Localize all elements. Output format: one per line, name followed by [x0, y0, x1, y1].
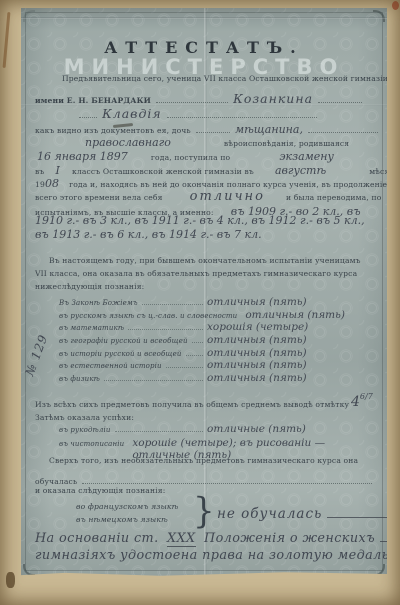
verdict-line-2: гимназіяхъ удостоена права на золотую ме…: [35, 548, 387, 563]
subject-grade: отличныя (пять): [207, 347, 375, 359]
language-label-german: въ нѣмецкомъ языкѣ: [76, 515, 168, 524]
effort-label: въ рукодѣліи: [59, 426, 111, 434]
subject-row: въ физикѣ отличныя (пять): [59, 372, 375, 385]
subject-label: въ русскомъ языкѣ съ ц.-слав. и словесно…: [59, 312, 237, 320]
frame-corner-ornament: [373, 10, 385, 22]
optional-line-3: и оказала слѣдующія познанія:: [35, 486, 165, 495]
effort-label: въ чистописаніи: [59, 440, 124, 448]
handwritten-dash: [380, 532, 387, 542]
subject-grade: отличныя (пять): [207, 334, 375, 346]
effort-grade: отличные (пять): [207, 423, 375, 435]
subject-label: въ физикѣ: [59, 375, 100, 383]
bottom-stain: [6, 572, 15, 588]
efforts-heading: Затѣмъ оказала успѣхи:: [35, 413, 134, 422]
average-whole: 4: [351, 394, 360, 410]
dotted-leader: [79, 109, 97, 118]
language-result: не обучалась: [217, 503, 387, 522]
verdict-line-1: На основаніи ст. XXX Положенія о женских…: [35, 531, 387, 546]
dotted-leader: [186, 348, 203, 356]
effort-row: въ чистописаніи хорошіе (четыре); въ рис…: [59, 437, 375, 451]
subject-grade: отличныя (пять): [245, 309, 375, 321]
dotted-leader: [166, 360, 203, 368]
intro-line-1: Предъявительница сего, ученица VII класс…: [62, 74, 387, 83]
subject-grade: отличныя (пять): [207, 372, 375, 384]
dotted-leader: [318, 94, 362, 103]
subject-row: въ географіи русской и всеобщей отличныя…: [59, 334, 375, 347]
dotted-leader: [104, 373, 203, 381]
frame-corner-ornament: [373, 564, 385, 576]
exam-paragraph-line: VII класса, она оказала въ обязательныхъ…: [35, 269, 357, 278]
subject-label: въ географіи русской и всеобщей: [59, 337, 188, 345]
handwritten-run: На основаніи ст.: [35, 531, 159, 546]
dotted-leader: [82, 475, 372, 484]
certificate-sheet: МИНИСТЕРСТВО АТТЕСТАТЪ. Предъявительница…: [21, 8, 387, 578]
handwritten-run: Положенія о женскихъ: [204, 531, 375, 546]
subject-label: въ математикѣ: [59, 324, 124, 332]
subjects-table: Въ Законѣ Божіемъ отличныя (пять) въ рус…: [59, 296, 375, 385]
subject-row: въ естественной исторіи отличныя (пять): [59, 359, 375, 372]
printed-run: обучалась: [35, 477, 77, 486]
exam-paragraph-line: нижеслѣдующія познанія:: [35, 282, 144, 291]
frame-corner-ornament: [23, 564, 35, 576]
corner-stain: [392, 1, 399, 10]
subject-grade: отличныя (пять): [207, 359, 375, 371]
dotted-leader: [156, 94, 228, 103]
thread-stain: [3, 12, 11, 68]
curly-brace: }: [193, 490, 215, 532]
dotted-leader: [192, 335, 203, 343]
subject-row: въ исторіи русской и всеобщей отличныя (…: [59, 347, 375, 360]
handwritten-dash: [327, 508, 387, 518]
dotted-leader: [142, 297, 203, 305]
statute-number: XXX: [167, 531, 196, 547]
language-label-french: во французскомъ языкѣ: [76, 502, 178, 511]
dotted-leader: [115, 424, 203, 432]
exam-paragraph-line: Въ настоящемъ году, при бывшемъ окончате…: [49, 256, 361, 265]
handwritten-promotions: 1910 г.- въ 3 кл., въ 1911 г.- въ 4 кл.,…: [35, 214, 365, 227]
handwritten-promotions: въ 1913 г.- въ 6 кл., въ 1914 г.- въ 7 к…: [35, 228, 262, 241]
subject-label: Въ Законѣ Божіемъ: [59, 299, 138, 307]
subject-grade: хорошія (четыре): [207, 321, 375, 333]
average-mark: 46/7: [351, 391, 373, 410]
handwritten-not-studied: не обучалась: [217, 506, 322, 522]
subject-row: въ математикѣ хорошія (четыре): [59, 321, 375, 334]
subject-grade: отличныя (пять): [207, 296, 375, 308]
average-sentence: Изъ всѣхъ сихъ предметовъ получила въ об…: [35, 400, 349, 409]
effort-row: въ рукодѣліи отличные (пять): [59, 423, 375, 437]
document-title: АТТЕСТАТЪ.: [21, 38, 387, 57]
subject-row: Въ Законѣ Божіемъ отличныя (пять): [59, 296, 375, 309]
subject-label: въ исторіи русской и всеобщей: [59, 350, 182, 358]
average-fraction: 6/7: [360, 392, 373, 401]
dotted-leader: [167, 109, 317, 118]
subject-label: въ естественной исторіи: [59, 362, 162, 370]
dotted-leader: [128, 322, 203, 330]
optional-line-1: Сверхъ того, изъ необязательныхъ предмет…: [49, 456, 358, 465]
photographed-certificate: МИНИСТЕРСТВО АТТЕСТАТЪ. Предъявительница…: [0, 0, 400, 605]
efforts-table: въ рукодѣліи отличные (пять) въ чистопис…: [59, 423, 375, 451]
subject-row: въ русскомъ языкѣ съ ц.-слав. и словесно…: [59, 309, 375, 322]
